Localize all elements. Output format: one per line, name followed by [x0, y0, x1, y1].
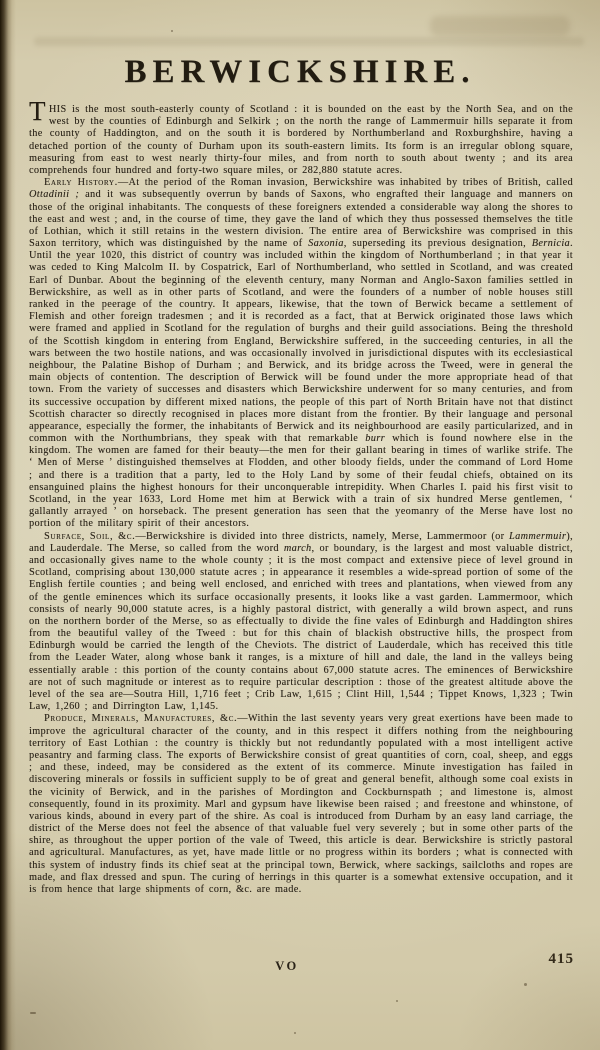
produce-minerals-text: —Within the last seventy years very grea… [29, 713, 573, 895]
paragraph-early-history: Early History.—At the period of the Roma… [29, 177, 573, 530]
paragraph-produce-minerals: Produce, Minerals, Manufactures, &c.—Wit… [29, 713, 573, 896]
section-heading-surface-soil: Surface, Soil, &c. [44, 531, 135, 542]
book-page: BERWICKSHIRE. THIS is the most south-eas… [0, 0, 600, 1050]
paragraph-intro: THIS is the most south-easterly county o… [29, 104, 573, 177]
paper-speck [294, 1032, 296, 1034]
signature-mark: VO [0, 959, 587, 974]
binding-shadow [0, 0, 16, 1050]
page-number: 415 [549, 951, 575, 968]
early-history-text: —At the period of the Roman invasion, Be… [29, 177, 573, 529]
surface-soil-text: —Berwickshire is divided into three dist… [29, 531, 573, 713]
intro-text: HIS is the most south-easterly county of… [29, 104, 573, 176]
article-body: THIS is the most south-easterly county o… [29, 104, 573, 896]
dropcap-letter: T [29, 101, 49, 122]
page-title: BERWICKSHIRE. [0, 0, 600, 91]
paper-speck [524, 983, 527, 986]
section-heading-produce-minerals: Produce, Minerals, Manufactures, &c. [44, 713, 237, 724]
paragraph-surface-soil: Surface, Soil, &c.—Berwickshire is divid… [29, 531, 573, 714]
paper-speck [30, 1012, 36, 1014]
section-heading-early-history: Early History. [44, 177, 118, 188]
paper-speck [396, 1000, 398, 1002]
